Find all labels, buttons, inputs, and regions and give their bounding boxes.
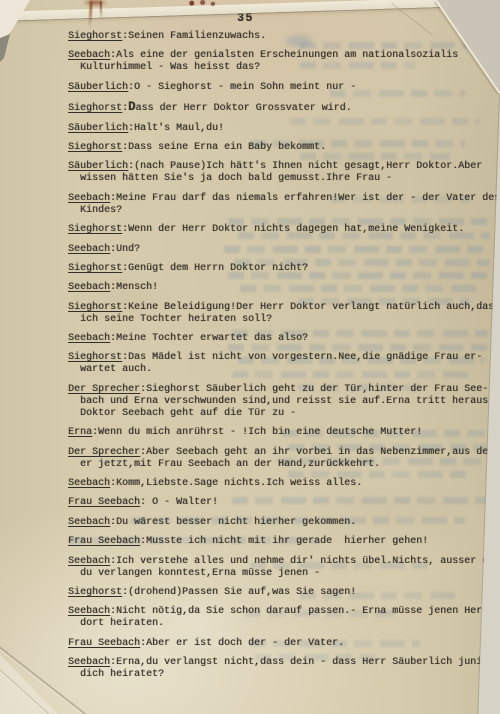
dialogue-line: Sieghorst Säuberlich geht zu der Tür,hin… — [146, 384, 488, 395]
dialogue-cue: Seebach:Und? — [68, 244, 500, 256]
dialogue-cue: Der Sprecher:Sieghorst Säuberlich geht z… — [68, 384, 500, 420]
dialogue-line: Dass seine Erna ein Baby bekommt. — [128, 142, 326, 153]
dialogue-cue: Säuberlich:O - Sieghorst - mein Sohn mei… — [68, 82, 500, 94]
dialogue-cue: Frau Seebach:Musste ich nicht mit ihr ge… — [68, 536, 500, 548]
dialogue-line: Aber Seebach geht an ihr vorbei in das N… — [146, 447, 494, 458]
speaker-name: Seebach — [68, 517, 110, 528]
dialogue-line: Als eine der genialsten Erscheinungen am… — [116, 50, 458, 61]
dialogue-line: Halt's Maul,du! — [134, 123, 224, 134]
dialogue-line: Dass der Herr Doktor Grossvater wird. — [128, 103, 352, 114]
paper-top-edge — [14, 0, 440, 20]
speaker-name: Sieghorst — [68, 224, 122, 235]
dialogue-cue: Seebach:Du wärest besser nicht hierher g… — [68, 517, 500, 529]
dialogue-line: Nicht nötig,da Sie schon darauf passen.-… — [116, 606, 494, 617]
dialogue-cue: Säuberlich:(nach Pause)Ich hätt's Ihnen … — [68, 161, 500, 185]
dialogue-line: Doktor Seebach geht auf die Tür zu - — [80, 408, 296, 419]
speaker-name: Seebach — [68, 282, 110, 293]
rust-stain-blob — [82, 0, 108, 7]
dialogue-cue: Sieghorst:Wenn der Herr Doktor nichts da… — [68, 224, 500, 236]
dialogue-line: Mensch! — [116, 282, 158, 293]
speaker-name: Säuberlich — [68, 123, 128, 134]
dialogue-cue: Seebach:Erna,du verlangst nicht,dass dei… — [68, 657, 500, 681]
dialogue-line: Meine Tochter erwartet das also? — [116, 333, 308, 344]
dialogue-cue: Sieghorst:Das Mädel ist nicht von vorges… — [68, 352, 500, 376]
dialogue-line: Keine Beleidigung!Der Herr Doktor verlan… — [128, 302, 494, 313]
speaker-name: Frau Seebach — [68, 638, 140, 649]
dialogue-cue: Sieghorst:Dass der Herr Doktor Grossvate… — [68, 101, 500, 115]
dialogue-line: wissen hätten Sie's ja doch bald gemusst… — [80, 173, 392, 184]
dialogue-line: O - Sieghorst - mein Sohn meint nur - — [134, 82, 356, 93]
dialogue-line: dort heiraten. — [80, 618, 164, 629]
dialogue-line: (nach Pause)Ich hätt's Ihnen nicht gesag… — [134, 161, 482, 172]
speaker-name: Frau Seebach — [68, 497, 140, 508]
dialogue-line: Du wärest besser nicht hierher gekommen. — [116, 517, 356, 528]
dialogue-line: Wenn du mich anrührst - !Ich bin eine de… — [98, 427, 422, 438]
dialogue-line: du verlangen konntest,Erna müsse jenen - — [80, 568, 320, 579]
speaker-name: Sieghorst — [68, 263, 122, 274]
dialogue-cue: Sieghorst:Keine Beleidigung!Der Herr Dok… — [68, 302, 500, 326]
speaker-name: Der Sprecher — [68, 447, 140, 458]
speaker-name: Seebach — [68, 606, 110, 617]
speaker-name: Säuberlich — [68, 82, 128, 93]
dialogue-line: Wenn der Herr Doktor nichts dagegen hat,… — [128, 224, 464, 235]
speaker-name: Frau Seebach — [68, 536, 140, 547]
speaker-name: Seebach — [68, 556, 110, 567]
dialogue-line: er jetzt,mit Frau Seebach an der Hand,zu… — [80, 459, 380, 470]
dialogue-line: Musste ich nicht mit ihr gerade hierher … — [146, 536, 428, 547]
dialogue-cue: Seebach:Als eine der genialsten Erschein… — [68, 50, 500, 74]
dialogue-line: Erna,du verlangst nicht,dass dein - dass… — [116, 657, 488, 668]
speaker-name: Sieghorst — [68, 31, 122, 42]
dialogue-cue: Seebach:Meine Frau darf das niemals erfa… — [68, 193, 500, 217]
speaker-name: Erna — [68, 427, 92, 438]
dialogue-cue: Der Sprecher:Aber Seebach geht an ihr vo… — [68, 447, 500, 471]
dialogue-line: Ich verstehe alles und nehme dir' nichts… — [116, 556, 500, 567]
dialogue-cue: Frau Seebach:Aber er ist doch der - der … — [68, 638, 500, 650]
dialogue-line: bach und Erna verschwunden sind,und reis… — [80, 396, 488, 407]
dialogue-cue: Seebach:Mensch! — [68, 282, 500, 294]
speaker-name: Seebach — [68, 333, 110, 344]
dialogue-line: Kindes? — [80, 205, 122, 216]
dialogue-cue: Seebach:Ich verstehe alles und nehme dir… — [68, 556, 500, 580]
dialogue-line: (drohend)Passen Sie auf,was Sie sagen! — [128, 587, 356, 598]
dialogue-line: Und? — [116, 244, 140, 255]
speaker-name: Seebach — [68, 657, 110, 668]
speaker-name: Der Sprecher — [68, 384, 140, 395]
speaker-name: Säuberlich — [68, 161, 128, 172]
dialogue-line: Aber er ist doch der - der Vater. — [146, 638, 344, 649]
dialogue-line: Seinen Familienzuwachs. — [128, 31, 266, 42]
speaker-name: Sieghorst — [68, 352, 122, 363]
script-page: 35 Sieghorst:Seinen Familienzuwachs.Seeb… — [0, 0, 500, 714]
dialogue-cue: Sieghorst:(drohend)Passen Sie auf,was Si… — [68, 587, 500, 599]
dialogue-line: Komm,Liebste.Sage nichts.Ich weiss alles… — [116, 478, 362, 489]
speaker-name: Sieghorst — [68, 587, 122, 598]
dialogue-line: Genügt dem Herrn Doktor nicht? — [128, 263, 308, 274]
dialogue-line: O - Walter! — [146, 497, 218, 508]
dialogue-list: Sieghorst:Seinen Familienzuwachs.Seebach… — [68, 31, 500, 689]
dialogue-cue: Sieghorst:Dass seine Erna ein Baby bekom… — [68, 142, 500, 154]
dialogue-cue: Seebach:Nicht nötig,da Sie schon darauf … — [68, 606, 500, 630]
dialogue-cue: Sieghorst:Genügt dem Herrn Doktor nicht? — [68, 263, 500, 275]
dialogue-cue: Erna:Wenn du mich anrührst - !Ich bin ei… — [68, 427, 500, 439]
dialogue-line: Kulturhimmel - Was heisst das? — [80, 62, 260, 73]
speaker-name: Seebach — [68, 478, 110, 489]
speaker-name: Sieghorst — [68, 103, 122, 114]
dialogue-cue: Säuberlich:Halt's Maul,du! — [68, 123, 500, 135]
dialogue-cue: Seebach:Meine Tochter erwartet das also? — [68, 333, 500, 345]
dialogue-cue: Seebach:Komm,Liebste.Sage nichts.Ich wei… — [68, 478, 500, 490]
dialogue-line: wartet auch. — [80, 364, 152, 375]
dialogue-cue: Sieghorst:Seinen Familienzuwachs. — [68, 31, 500, 43]
dialogue-line: dich heiratet? — [80, 669, 164, 680]
speaker-name: Sieghorst — [68, 142, 122, 153]
dialogue-line: ich seine Tochter heiraten soll? — [80, 314, 272, 325]
page-number: 35 — [237, 12, 254, 25]
rust-stain-dots — [186, 0, 218, 7]
speaker-name: Seebach — [68, 193, 110, 204]
speaker-name: Seebach — [68, 244, 110, 255]
speaker-name: Sieghorst — [68, 302, 122, 313]
speaker-name: Seebach — [68, 50, 110, 61]
dialogue-cue: Frau Seebach: O - Walter! — [68, 497, 500, 509]
dialogue-line: Meine Frau darf das niemals erfahren!Wer… — [116, 193, 500, 204]
dialogue-line: Das Mädel ist nicht von vorgestern.Nee,d… — [128, 352, 482, 363]
